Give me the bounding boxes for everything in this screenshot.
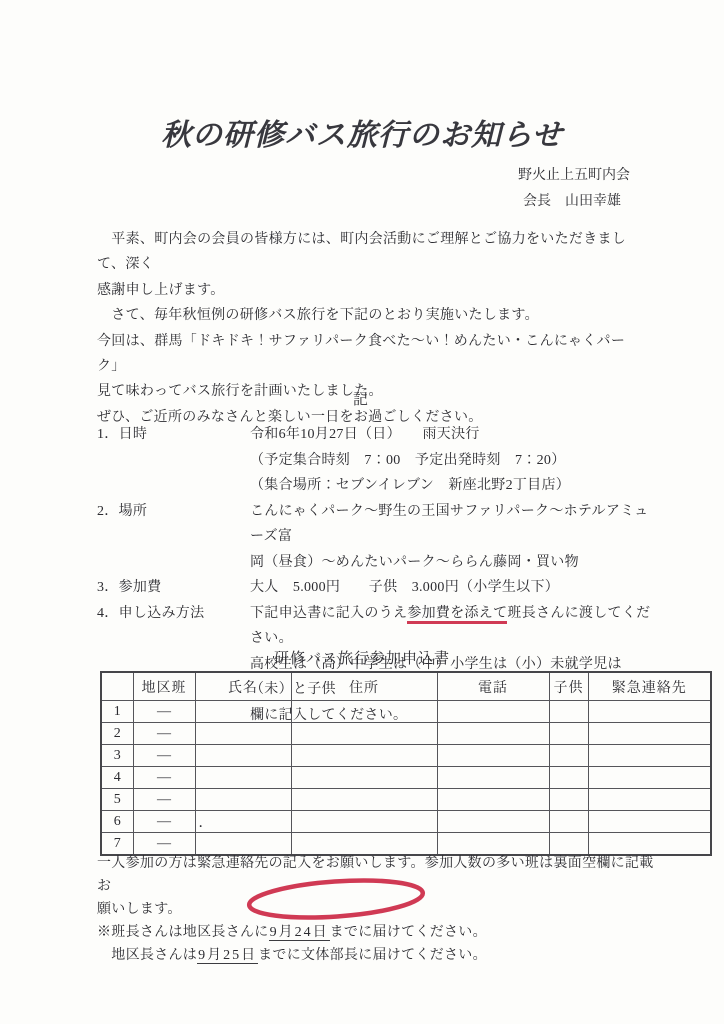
row-number-cell: 3 <box>101 745 133 767</box>
district-cell: — <box>133 767 195 789</box>
address-cell <box>291 745 437 767</box>
item-value: 下記申込書に記入のうえ参加費を添えて班長さんに渡してください。 <box>250 601 657 652</box>
notes-text: までに文体部長に届けてください。 <box>258 948 487 963</box>
phone-cell <box>437 789 549 811</box>
item-value: （集合場所：セブンイレブン 新座北野2丁目店） <box>250 473 657 499</box>
header-emergency: 緊急連絡先 <box>588 672 711 701</box>
item-label: 1．日時 <box>97 422 250 448</box>
item-value: 令和6年10月27日（日） 雨天決行 <box>250 422 657 448</box>
item-datetime-detail: （予定集合時刻 7：00 予定出発時刻 7：20） <box>97 448 657 474</box>
emergency-cell <box>588 811 711 833</box>
child-cell <box>549 701 588 723</box>
item-label: 4．申し込み方法 <box>97 601 250 652</box>
emergency-cell <box>588 745 711 767</box>
emergency-cell <box>588 789 711 811</box>
emergency-cell <box>588 723 711 745</box>
phone-cell <box>437 701 549 723</box>
name-cell <box>195 767 291 789</box>
item-meeting-place: （集合場所：セブンイレブン 新座北野2丁目店） <box>97 473 657 499</box>
table-row: 5 — <box>101 789 711 811</box>
district-cell: — <box>133 789 195 811</box>
sender-block: 野火止上五町内会 会長 山田幸雄 <box>518 163 630 215</box>
item-label <box>97 448 250 474</box>
notes-line: 願いします。 <box>97 898 657 921</box>
name-cell: ． <box>195 811 291 833</box>
table-row: 4 — <box>101 767 711 789</box>
district-cell: — <box>133 701 195 723</box>
row-number-cell: 1 <box>101 701 133 723</box>
notes-text: ※班長さんは地区長さんに <box>97 925 269 940</box>
footer-notes: 一人参加の方は緊急連絡先の記入をお願いします。参加人数の多い班は裏面空欄に記載お… <box>97 852 657 967</box>
page-title: 秋の研修バス旅行のお知らせ <box>0 110 724 154</box>
table-row: 6 — ． <box>101 811 711 833</box>
item-label: 3．参加費 <box>97 575 250 601</box>
item-value: 大人 5.000円 子供 3.000円（小学生以下） <box>250 575 657 601</box>
name-cell <box>195 723 291 745</box>
phone-cell <box>437 767 549 789</box>
address-cell <box>291 723 437 745</box>
table-row: 3 — <box>101 745 711 767</box>
phone-cell <box>437 811 549 833</box>
item-value-pre: 下記申込書に記入のうえ <box>250 606 407 621</box>
table-header-row: 地区班 氏名 住所 電話 子供 緊急連絡先 <box>101 672 711 701</box>
notes-deadline-leader: ※班長さんは地区長さんに9月24日までに届けてください。 <box>97 921 657 944</box>
row-number-cell: 2 <box>101 723 133 745</box>
item-destination-cont: 岡（昼食）～めんたいパーク～ららん藤岡・買い物 <box>97 550 657 576</box>
notes-deadline-district: 地区長さんは9月25日までに文体部長に届けてください。 <box>97 944 657 967</box>
item-destination: 2．場所 こんにゃくパーク～野生の王国サファリパーク～ホテルアミューズ富 <box>97 499 657 550</box>
application-form-title: 研修バス旅行参加申込書 <box>0 647 724 668</box>
notes-text: までに届けてください。 <box>330 925 487 940</box>
table-row: 1 — <box>101 701 711 723</box>
header-district: 地区班 <box>133 672 195 701</box>
child-cell <box>549 723 588 745</box>
header-address: 住所 <box>291 672 437 701</box>
name-cell <box>195 789 291 811</box>
item-label <box>97 550 250 576</box>
row-number-cell: 4 <box>101 767 133 789</box>
item-value: （予定集合時刻 7：00 予定出発時刻 7：20） <box>250 448 657 474</box>
notes-text: 地区長さんは <box>97 948 197 963</box>
item-datetime: 1．日時 令和6年10月27日（日） 雨天決行 <box>97 422 657 448</box>
district-cell: — <box>133 811 195 833</box>
child-cell <box>549 745 588 767</box>
header-row-number <box>101 672 133 701</box>
phone-cell <box>437 745 549 767</box>
district-cell: — <box>133 723 195 745</box>
record-mark: 記 <box>0 388 724 409</box>
header-name: 氏名 <box>195 672 291 701</box>
item-application-method: 4．申し込み方法 下記申込書に記入のうえ参加費を添えて班長さんに渡してください。 <box>97 601 657 652</box>
red-underline-annotation: 参加費を添えて <box>407 606 507 624</box>
item-value: こんにゃくパーク～野生の王国サファリパーク～ホテルアミューズ富 <box>250 499 657 550</box>
item-value: 岡（昼食）～めんたいパーク～ららん藤岡・買い物 <box>250 550 657 576</box>
deadline-date-underlined: 9月25日 <box>197 948 258 964</box>
child-cell <box>549 789 588 811</box>
scanned-notice-page: 秋の研修バス旅行のお知らせ 野火止上五町内会 会長 山田幸雄 平素、町内会の会員… <box>0 0 724 1024</box>
intro-line: 感謝申し上げます。 <box>97 278 642 303</box>
intro-line: 今回は、群馬「ドキドキ！サファリパーク食べた～い！めんたい・こんにゃくパーク」 <box>97 329 642 380</box>
sender-name: 会長 山田幸雄 <box>518 189 630 215</box>
address-cell <box>291 701 437 723</box>
emergency-cell <box>588 701 711 723</box>
table-row: 2 — <box>101 723 711 745</box>
application-form-table: 地区班 氏名 住所 電話 子供 緊急連絡先 1 — 2 — <box>100 671 712 856</box>
emergency-cell <box>588 767 711 789</box>
child-cell <box>549 811 588 833</box>
item-label: 2．場所 <box>97 499 250 550</box>
row-number-cell: 5 <box>101 789 133 811</box>
intro-line: 平素、町内会の会員の皆様方には、町内会活動にご理解とご協力をいただきまして、深く <box>97 227 642 278</box>
item-fee: 3．参加費 大人 5.000円 子供 3.000円（小学生以下） <box>97 575 657 601</box>
district-cell: — <box>133 745 195 767</box>
address-cell <box>291 789 437 811</box>
header-child: 子供 <box>549 672 588 701</box>
item-label <box>97 473 250 499</box>
name-cell <box>195 745 291 767</box>
deadline-date-underlined: 9月24日 <box>269 925 330 941</box>
sender-organization: 野火止上五町内会 <box>518 163 630 189</box>
row-number-cell: 6 <box>101 811 133 833</box>
header-phone: 電話 <box>437 672 549 701</box>
address-cell <box>291 811 437 833</box>
notes-line: 一人参加の方は緊急連絡先の記入をお願いします。参加人数の多い班は裏面空欄に記載お <box>97 852 657 898</box>
child-cell <box>549 767 588 789</box>
intro-line: さて、毎年秋恒例の研修バス旅行を下記のとおり実施いたします。 <box>97 303 642 328</box>
phone-cell <box>437 723 549 745</box>
name-cell <box>195 701 291 723</box>
address-cell <box>291 767 437 789</box>
